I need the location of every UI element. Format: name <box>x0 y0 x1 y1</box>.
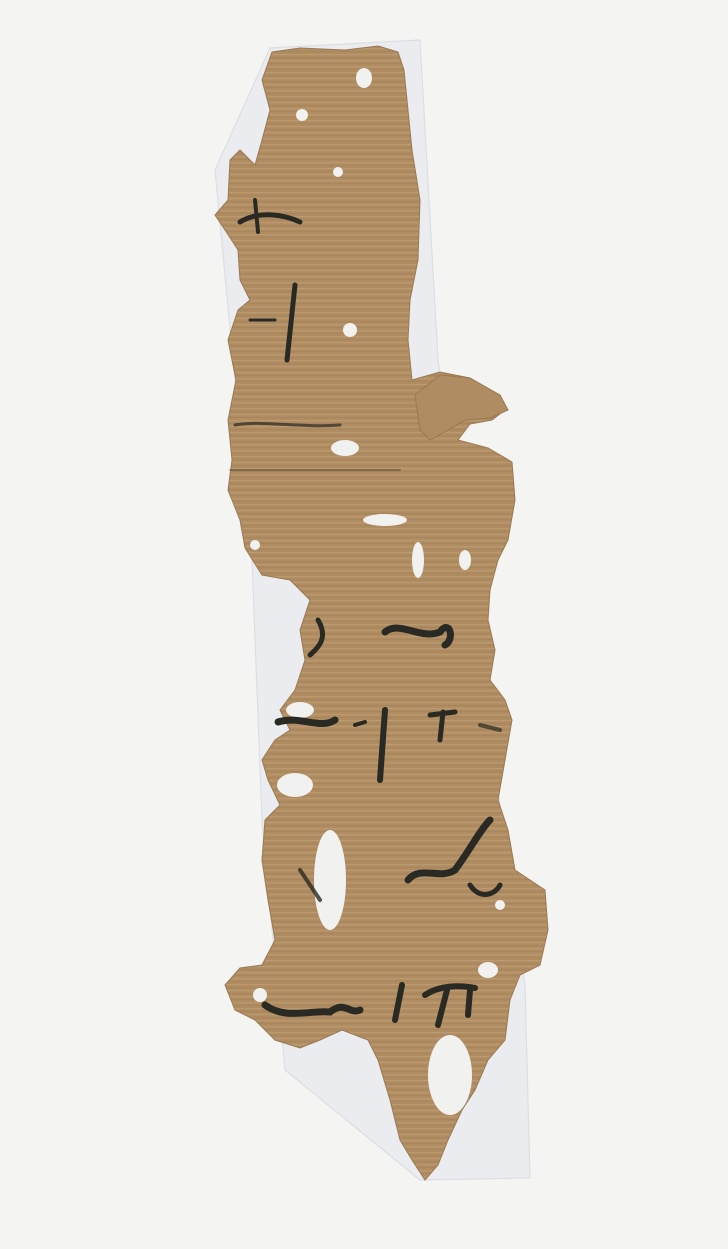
photo-stage: Papyrus fragment <box>0 0 728 1249</box>
papyrus-photo <box>0 0 728 1249</box>
